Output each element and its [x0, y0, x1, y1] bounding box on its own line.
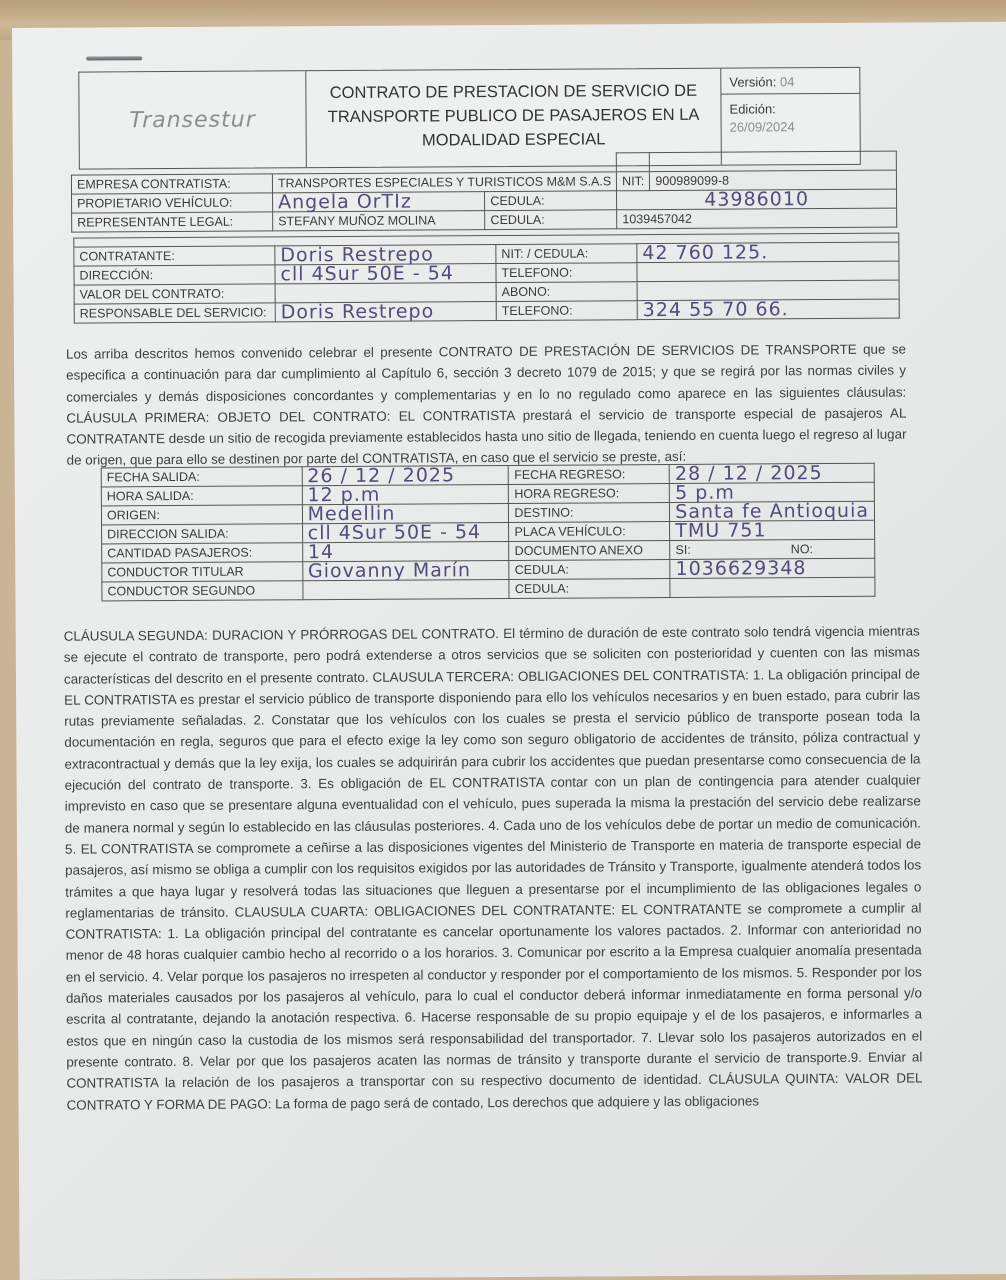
trip-value-left: 26 / 12 / 2025 — [302, 465, 509, 485]
trip-label-left: ORIGEN: — [101, 505, 302, 525]
representante-cedula-label: CEDULA: — [485, 210, 617, 230]
trip-value-right — [670, 577, 875, 597]
edition-field: Edición: 26/09/2024 — [721, 94, 859, 143]
trip-label-right: HORA REGRESO: — [509, 483, 670, 503]
representante-label: REPRESENTANTE LEGAL: — [72, 212, 273, 232]
staple-icon — [86, 56, 142, 60]
trip-row: CONDUCTOR SEGUNDOCEDULA: — [102, 577, 875, 601]
empresa-value: TRANSPORTES ESPECIALES Y TURISTICOS M&M … — [272, 172, 616, 193]
trip-table: FECHA SALIDA:26 / 12 / 2025FECHA REGRESO… — [101, 463, 876, 602]
trip-label-left: CONDUCTOR TITULAR — [102, 562, 303, 582]
responsable-label: RESPONSABLE DEL SERVICIO: — [74, 303, 275, 323]
anexo-no-checkbox: NO: — [791, 542, 813, 556]
trip-value-right: 1036629348 — [670, 558, 875, 578]
contratante-label: CONTRATANTE: — [74, 246, 275, 266]
client-nit-value: 42 760 125. — [637, 242, 899, 263]
empresa-label: EMPRESA CONTRATISTA: — [71, 174, 272, 194]
telefono-value — [637, 261, 899, 282]
telefono2-value: 324 55 70 66. — [637, 299, 899, 320]
responsable-value: Doris Restrepo — [275, 302, 496, 322]
trip-value-left: 12 p.m — [302, 484, 509, 504]
trip-label-right: PLACA VEHÍCULO: — [509, 521, 670, 541]
trip-value-right: TMU 751 — [670, 520, 875, 540]
representante-cedula-value: 1039457042 — [617, 208, 897, 229]
trip-label-right: DOCUMENTO ANEXO — [509, 540, 670, 560]
client-nit-label: NIT: / CEDULA: — [496, 244, 637, 264]
telefono-label: TELEFONO: — [496, 263, 637, 283]
trip-label-right: DESTINO: — [509, 502, 670, 522]
trip-row: DIRECCION SALIDA:cll 4Sur 50E - 54PLACA … — [102, 520, 875, 544]
trip-value-left — [303, 579, 510, 599]
trip-label-right: FECHA REGRESO: — [509, 464, 670, 484]
trip-label-left: HORA SALIDA: — [101, 486, 302, 506]
telefono2-label: TELEFONO: — [496, 301, 637, 321]
propietario-value: Angela OrTIz — [273, 192, 485, 212]
propietario-cedula-value: 43986010 — [617, 189, 897, 210]
trip-label-left: CONDUCTOR SEGUNDO — [102, 581, 303, 601]
client-table: CONTRATANTE: Doris Restrepo NIT: / CEDUL… — [73, 233, 900, 324]
intro-paragraph: Los arriba descritos hemos convenido cel… — [66, 339, 907, 472]
trip-value-left: cll 4Sur 50E - 54 — [302, 522, 509, 542]
contract-page: Transestur CONTRATO DE PRESTACION DE SER… — [12, 22, 1006, 1280]
anexo-si-checkbox: SI: — [675, 543, 690, 557]
direccion-value: cll 4Sur 50E - 54 — [275, 264, 496, 284]
propietario-cedula-label: CEDULA: — [485, 191, 617, 211]
abono-label: ABONO: — [496, 282, 637, 302]
trip-label-right: CEDULA: — [509, 578, 670, 598]
trip-label-right: CEDULA: — [509, 559, 670, 579]
trip-value-right: Santa fe Antioquia — [670, 501, 875, 521]
trip-label-left: DIRECCION SALIDA: — [102, 524, 303, 544]
version-field: Versión: 04 — [721, 68, 859, 95]
valor-label: VALOR DEL CONTRATO: — [74, 284, 275, 304]
company-table: EMPRESA CONTRATISTA: TRANSPORTES ESPECIA… — [71, 151, 897, 233]
trip-row: CONDUCTOR TITULARGiovanny MarínCEDULA:10… — [102, 558, 875, 582]
trip-label-left: CANTIDAD PASAJEROS: — [102, 543, 303, 563]
representante-value: STEFANY MUÑOZ MOLINA — [273, 211, 485, 231]
trip-row: FECHA SALIDA:26 / 12 / 2025FECHA REGRESO… — [101, 463, 874, 487]
nit-label: NIT: — [617, 172, 650, 191]
trip-value-left: Giovanny Marín — [302, 560, 509, 580]
clauses-paragraph: CLÁUSULA SEGUNDA: DURACION Y PRÓRROGAS D… — [64, 620, 923, 1115]
direccion-label: DIRECCIÓN: — [74, 265, 275, 285]
trip-value-right: 28 / 12 / 2025 — [669, 463, 874, 483]
trip-label-left: FECHA SALIDA: — [101, 467, 302, 487]
propietario-label: PROPIETARIO VEHÍCULO: — [72, 193, 273, 213]
